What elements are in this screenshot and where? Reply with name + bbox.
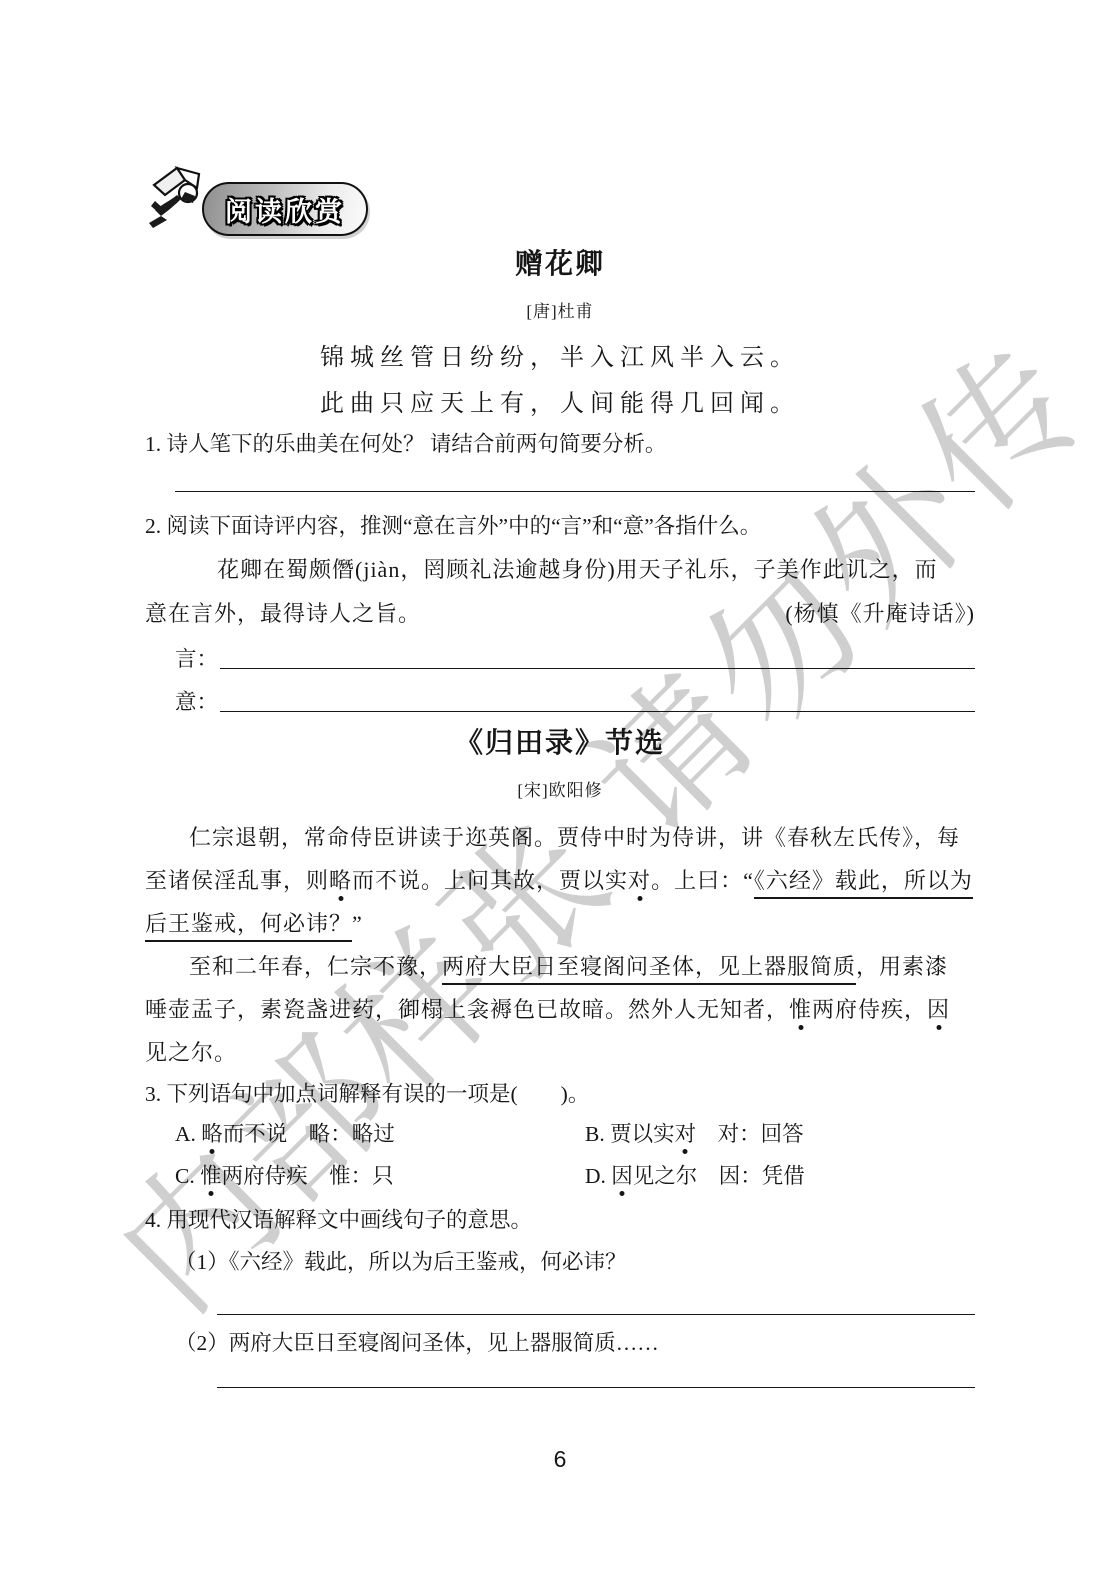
- essay-paragraph-2: 至和二年春，仁宗不豫，两府大臣日至寝阁问圣体，见上器服简质，用素漆 唾壶盂子，素…: [145, 945, 975, 1074]
- badge-label: 阅读欣赏: [225, 190, 345, 229]
- quote-line-1: 花卿在蜀颇僭(jiàn，罔顾礼法逾越身份)用天子礼乐，子美作此讥之，而: [173, 555, 975, 585]
- prose-line: 见之尔。: [145, 1031, 975, 1074]
- prose-line: 后王鉴戒，何必讳？”: [145, 902, 975, 945]
- essay-paragraph-1: 仁宗退朝，常命侍臣讲读于迩英阁。贾侍中时为侍讲，讲《春秋左氏传》，每 至诸侯淫乱…: [145, 816, 975, 945]
- prose-line: 至和二年春，仁宗不豫，两府大臣日至寝阁问圣体，见上器服简质，用素漆: [145, 945, 975, 988]
- blank-row-yi: 意：: [175, 687, 975, 717]
- blank-row-yan: 言：: [175, 644, 975, 674]
- poem-title: 赠花卿: [145, 248, 975, 282]
- badge-pill: 阅读欣赏: [202, 182, 368, 236]
- option-b: B. 贾以实对 对：回答: [585, 1120, 975, 1148]
- question-1: 1. 诗人笔下的乐曲美在何处？ 请结合前两句简要分析。: [145, 430, 975, 458]
- worksheet-page: { "watermark": {"text": "内部样张 请勿外传"}, "h…: [0, 0, 1110, 1571]
- quote-line-2-row: 意在言外，最得诗人之旨。 (杨慎《升庵诗话》): [145, 599, 975, 629]
- poem-line-1: 锦城丝管日纷纷，半入江风半入云。: [145, 342, 975, 374]
- prose-line: 至诸侯淫乱事，则略而不说。上问其故，贾以实对。上曰：“《六经》载此，所以为: [145, 859, 975, 902]
- essay-title: 《归田录》节选: [145, 727, 975, 761]
- quote-line-2: 意在言外，最得诗人之旨。: [145, 599, 421, 629]
- answer-line-q4-1: [217, 1314, 975, 1315]
- yan-blank-line: [220, 668, 975, 669]
- page-number: 6: [145, 1446, 975, 1473]
- yi-blank-line: [220, 711, 975, 712]
- yan-label: 言：: [175, 644, 218, 674]
- option-a: A. 略而不说 略：略过: [175, 1120, 585, 1148]
- option-c: C. 惟两府侍疾 惟：只: [175, 1162, 585, 1190]
- poem-line-2: 此曲只应天上有，人间能得几回闻。: [145, 388, 975, 420]
- yi-label: 意：: [175, 687, 218, 717]
- question-2: 2. 阅读下面诗评内容，推测“意在言外”中的“言”和“意”各指什么。: [145, 512, 975, 540]
- answer-line-q1: [175, 491, 975, 492]
- sub-question-1: （1）《六经》载此，所以为后王鉴戒，何必讳？: [175, 1248, 975, 1276]
- quote-source: (杨慎《升庵诗话》): [785, 599, 975, 629]
- question-3-options: A. 略而不说 略：略过 B. 贾以实对 对：回答 C. 惟两府侍疾 惟：只 D…: [175, 1120, 975, 1190]
- question-4: 4. 用现代汉语解释文中画线句子的意思。: [145, 1206, 975, 1234]
- poem-author: [唐]杜甫: [145, 300, 975, 324]
- answer-line-q4-2: [217, 1387, 975, 1388]
- option-d: D. 因见之尔 因：凭借: [585, 1162, 975, 1190]
- sub-question-2: （2）两府大臣日至寝阁问圣体，见上器服简质……: [175, 1329, 975, 1357]
- essay-author: [宋]欧阳修: [145, 779, 975, 803]
- prose-line: 仁宗退朝，常命侍臣讲读于迩英阁。贾侍中时为侍讲，讲《春秋左氏传》，每: [145, 816, 975, 859]
- question-3: 3. 下列语句中加点词解释有误的一项是( )。: [145, 1080, 975, 1108]
- prose-line: 唾壶盂子，素瓷盏进药，御榻上衾褥色已故暗。然外人无知者，惟两府侍疾，因: [145, 988, 975, 1031]
